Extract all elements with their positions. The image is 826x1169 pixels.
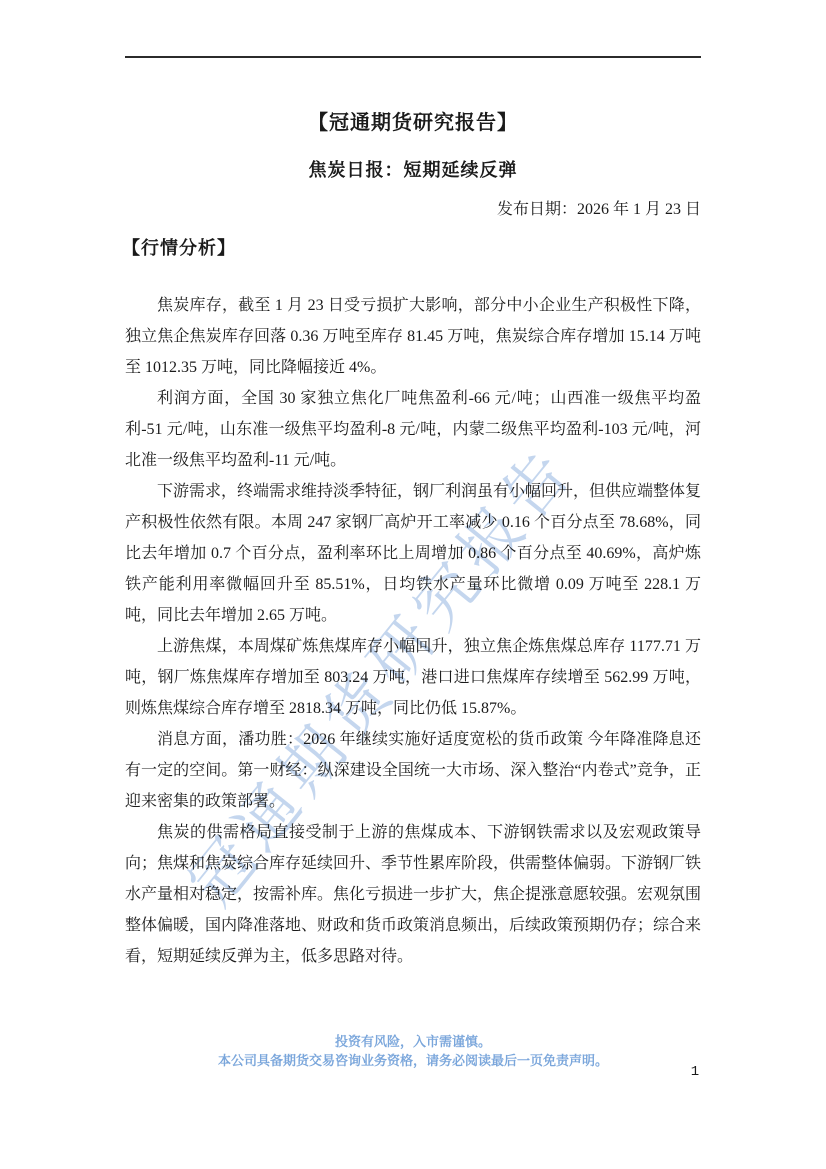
footer-disclaimer: 本公司具备期货交易咨询业务资格，请务必阅读最后一页免责声明。 — [125, 1051, 701, 1070]
paragraph-conclusion: 焦炭的供需格局直接受制于上游的焦煤成本、下游钢铁需求以及宏观政策导向；焦煤和焦炭… — [125, 817, 701, 972]
report-page: 冠通期货研究报告 【冠通期货研究报告】 焦炭日报：短期延续反弹 发布日期：202… — [0, 0, 826, 1169]
footer-risk-warning: 投资有风险，入市需谨慎。 — [125, 1032, 701, 1051]
paragraph-coke-inventory: 焦炭库存，截至 1 月 23 日受亏损扩大影响，部分中小企业生产积极性下降，独立… — [125, 290, 701, 383]
footer: 投资有风险，入市需谨慎。 本公司具备期货交易咨询业务资格，请务必阅读最后一页免责… — [125, 1032, 701, 1070]
paragraph-upstream-coking-coal: 上游焦煤，本周煤矿炼焦煤库存小幅回升，独立焦企炼焦煤总库存 1177.71 万吨… — [125, 631, 701, 724]
section-header-market-analysis: 【行情分析】 — [122, 234, 236, 260]
paragraph-downstream-demand: 下游需求，终端需求维持淡季特征，钢厂利润虽有小幅回升，但供应端整体复产积极性依然… — [125, 476, 701, 631]
page-number: 1 — [660, 1064, 730, 1080]
report-subtitle: 焦炭日报：短期延续反弹 — [125, 156, 701, 182]
header-divider — [125, 56, 701, 58]
report-title: 【冠通期货研究报告】 — [125, 106, 701, 135]
paragraph-profit: 利润方面，全国 30 家独立焦化厂吨焦盈利-66 元/吨；山西准一级焦平均盈利-… — [125, 383, 701, 476]
paragraph-news: 消息方面，潘功胜：2026 年继续实施好适度宽松的货币政策 今年降准降息还有一定… — [125, 724, 701, 817]
publish-date: 发布日期：2026 年 1 月 23 日 — [125, 196, 701, 219]
report-body: 焦炭库存，截至 1 月 23 日受亏损扩大影响，部分中小企业生产积极性下降，独立… — [125, 290, 701, 972]
